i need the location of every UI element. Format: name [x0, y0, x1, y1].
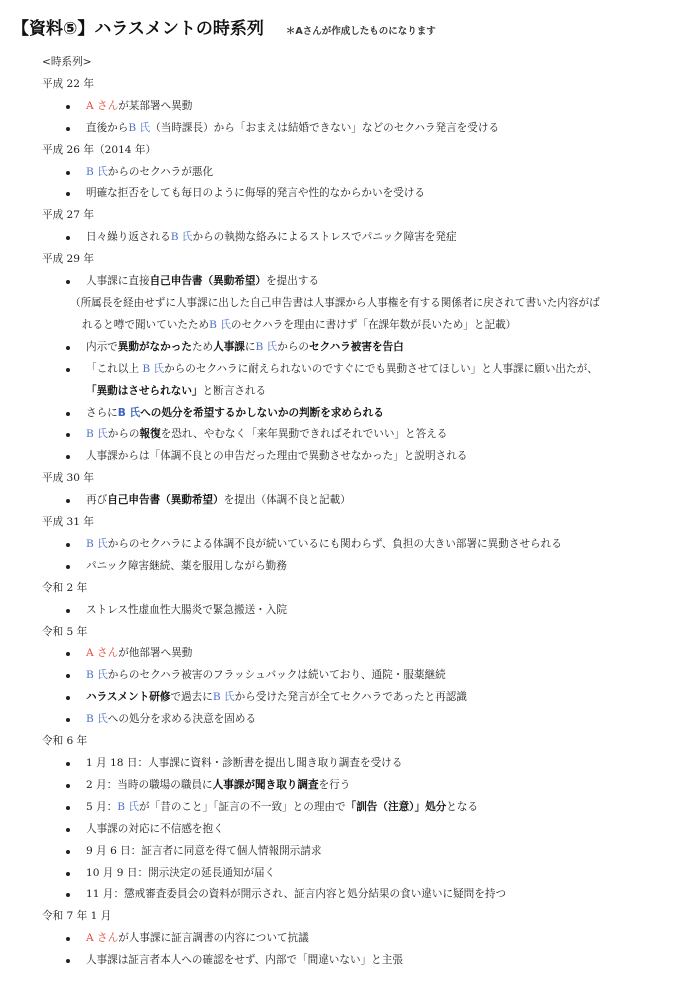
emphasis-text: ハラスメント研修	[86, 691, 170, 703]
text-run: への処分を求める決意を固める	[108, 713, 256, 725]
text-run: 日々繰り返される	[86, 231, 171, 243]
text-run: が人事課に証言調書の内容について抗議	[118, 932, 308, 944]
emphasis-text: 報復	[140, 428, 161, 440]
text-run: 人事課は証言者本人への確認をせず、内部で「間違いない」と主張	[86, 954, 403, 966]
person-b-name: B 氏	[213, 691, 235, 703]
text-run: さらに	[86, 407, 118, 419]
text-run: （所属長を経由せずに人事課に出した自己申告書は人事課から人事権を有する関係者に戻…	[70, 297, 600, 309]
period-heading: 令和 5 年	[42, 622, 692, 644]
text-run: 明確な拒否をしても毎日のように侮辱的発言や性的なからかいを受ける	[86, 187, 425, 199]
person-b-name: B 氏	[117, 801, 139, 813]
timeline-bullet-item: 明確な拒否をしても毎日のように侮辱的発言や性的なからかいを受ける	[42, 183, 692, 205]
text-run: と断言される	[203, 385, 267, 397]
text-run: からの	[277, 341, 309, 353]
text-run: となる	[446, 801, 478, 813]
period-heading: 平成 29 年	[42, 249, 692, 271]
person-a-name: A さん	[86, 932, 118, 944]
text-run: 内示で	[86, 341, 118, 353]
text-run: 人事課からは「体調不良との申告だった理由で異動させなかった」と説明される	[86, 450, 467, 462]
person-a-name: A さん	[86, 647, 118, 659]
timeline-bullet-item: 人事課からは「体調不良との申告だった理由で異動させなかった」と説明される	[42, 446, 692, 468]
timeline-bullet-item: A さんが他部署へ異動	[42, 643, 692, 665]
timeline-bullet-item: 9 月 6 日：証言者に同意を得て個人情報開示請求	[42, 841, 692, 863]
timeline-bullet-item: ハラスメント研修で過去にB 氏から受けた発言が全てセクハラであったと再認識	[42, 687, 692, 709]
period-heading: 令和 7 年 1 月	[42, 906, 692, 928]
document-title: 【資料⑤】ハラスメントの時系列	[12, 14, 264, 39]
emphasis-text: セクハラ被害を告白	[309, 341, 404, 353]
timeline-heading: <時系列>	[42, 52, 692, 74]
timeline-bullet-item: B 氏からのセクハラが悪化	[42, 162, 692, 184]
timeline-bullet-item: 1 月 18 日：人事課に資料・診断書を提出し聞き取り調査を受ける	[42, 753, 692, 775]
timeline: <時系列> 平成 22 年A さんが某部署へ異動直後からB 氏（当時課長）から「…	[42, 52, 692, 972]
text-run: が他部署へ異動	[118, 647, 192, 659]
text-run: からのセクハラ被害のフラッシュバックは続いており、通院・服薬継続	[108, 669, 446, 681]
text-run: を提出する	[266, 275, 319, 287]
timeline-bullet-item: A さんが人事課に証言調書の内容について抗議	[42, 928, 692, 950]
timeline-bullet-item: 内示で異動がなかったため人事課にB 氏からのセクハラ被害を告白	[42, 337, 692, 359]
emphasis-text: 異動がなかった	[118, 341, 192, 353]
timeline-bullet-item: 日々繰り返されるB 氏からの執拗な絡みによるストレスでパニック障害を発症	[42, 227, 692, 249]
text-run: からの	[108, 428, 140, 440]
timeline-bullet-item: B 氏からの報復を恐れ、やむなく「来年異動できればそれでいい」と答える	[42, 424, 692, 446]
text-run: パニック障害継続、薬を服用しながら勤務	[86, 560, 287, 572]
text-run: からのセクハラに耐えられないのですぐにでも異動させてほしい」と人事課に願い出たが…	[164, 363, 598, 375]
timeline-bullet-item: 人事課は証言者本人への確認をせず、内部で「間違いない」と主張	[42, 950, 692, 972]
timeline-bullet-item: 再び自己申告書（異動希望）を提出（体調不良と記載）	[42, 490, 692, 512]
text-run: からの執拗な絡みによるストレスでパニック障害を発症	[193, 231, 457, 243]
period-heading: 平成 31 年	[42, 512, 692, 534]
emphasis-text: 自己申告書（異動希望）	[150, 275, 267, 287]
timeline-note-line: （所属長を経由せずに人事課に出した自己申告書は人事課から人事権を有する関係者に戻…	[42, 293, 692, 315]
timeline-bullet-item: 人事課の対応に不信感を抱く	[42, 819, 692, 841]
text-run: 「これ以上	[86, 363, 142, 375]
timeline-bullet-item: パニック障害継続、薬を服用しながら勤務	[42, 556, 692, 578]
emphasis-text: 「異動はさせられない」	[86, 385, 203, 397]
period-heading: 平成 27 年	[42, 205, 692, 227]
period-heading: 平成 22 年	[42, 74, 692, 96]
text-run: のセクハラを理由に書けず「在課年数が長いため」と記載）	[231, 319, 516, 331]
timeline-bullet-item: 2 月：当時の職場の職員に人事課が聞き取り調査を行う	[42, 775, 692, 797]
text-run: からのセクハラによる体調不良が続いているにも関わらず、負担の大きい部署に異動させ…	[108, 538, 562, 550]
document-subtitle: ＊Aさんが作成したものになります	[286, 23, 436, 37]
person-b-name: B 氏	[118, 407, 140, 419]
timeline-note-line: れると噂で聞いていたためB 氏のセクハラを理由に書けず「在課年数が長いため」と記…	[42, 315, 692, 337]
timeline-bullet-item: 11 月：懲戒審査委員会の資料が開示され、証言内容と処分結果の食い違いに疑問を持…	[42, 884, 692, 906]
text-run: からのセクハラが悪化	[108, 166, 213, 178]
person-b-name: B 氏	[128, 122, 150, 134]
text-run: で過去に	[170, 691, 212, 703]
text-run: 直後から	[86, 122, 128, 134]
emphasis-text: 「訓告（注意）」処分	[346, 801, 447, 813]
text-run: が「昔のこと」「証言の不一致」との理由で	[139, 801, 346, 813]
timeline-bullet-item: B 氏からのセクハラ被害のフラッシュバックは続いており、通院・服薬継続	[42, 665, 692, 687]
text-run: れると噂で聞いていたため	[82, 319, 209, 331]
person-b-name: B 氏	[256, 341, 278, 353]
document-header: 【資料⑤】ハラスメントの時系列 ＊Aさんが作成したものになります	[12, 14, 436, 39]
timeline-bullet-item: 「これ以上 B 氏からのセクハラに耐えられないのですぐにでも異動させてほしい」と…	[42, 359, 692, 381]
person-b-name: B 氏	[86, 538, 108, 550]
person-b-name: B 氏	[86, 166, 108, 178]
timeline-bullet-continuation: 「異動はさせられない」と断言される	[42, 381, 692, 403]
emphasis-text: への処分を希望するかしないかの判断を求められる	[140, 407, 384, 419]
text-run: 再び	[86, 494, 107, 506]
text-run: （当時課長）から「おまえは結婚できない」などのセクハラ発言を受ける	[150, 122, 499, 134]
text-run: 9 月 6 日：証言者に同意を得て個人情報開示請求	[86, 845, 321, 857]
emphasis-text: 自己申告書（異動希望）	[107, 494, 224, 506]
text-run: 5 月：	[86, 801, 117, 813]
text-run: を行う	[319, 779, 351, 791]
text-run: 1 月 18 日：人事課に資料・診断書を提出し聞き取り調査を受ける	[86, 757, 402, 769]
period-heading: 平成 30 年	[42, 468, 692, 490]
timeline-bullet-item: ストレス性虚血性大腸炎で緊急搬送・入院	[42, 600, 692, 622]
person-b-name: B 氏	[86, 428, 108, 440]
text-run: 2 月：当時の職場の職員に	[86, 779, 213, 791]
person-b-name: B 氏	[209, 319, 231, 331]
text-run: を提出（体調不良と記載）	[224, 494, 351, 506]
text-run: ため	[192, 341, 213, 353]
timeline-bullet-item: さらにB 氏への処分を希望するかしないかの判断を求められる	[42, 403, 692, 425]
text-run: に	[245, 341, 256, 353]
timeline-bullet-item: 直後からB 氏（当時課長）から「おまえは結婚できない」などのセクハラ発言を受ける	[42, 118, 692, 140]
person-a-name: A さん	[86, 100, 118, 112]
text-run: 人事課に直接	[86, 275, 150, 287]
period-heading: 令和 6 年	[42, 731, 692, 753]
text-run: 10 月 9 日：開示決定の延長通知が届く	[86, 867, 275, 879]
timeline-bullet-item: 人事課に直接自己申告書（異動希望）を提出する	[42, 271, 692, 293]
text-run: から受けた発言が全てセクハラであったと再認識	[235, 691, 467, 703]
timeline-bullet-item: A さんが某部署へ異動	[42, 96, 692, 118]
text-run: ストレス性虚血性大腸炎で緊急搬送・入院	[86, 604, 287, 616]
timeline-bullet-item: 5 月：B 氏が「昔のこと」「証言の不一致」との理由で「訓告（注意）」処分となる	[42, 797, 692, 819]
person-b-name: B 氏	[171, 231, 193, 243]
emphasis-text: 人事課	[213, 341, 245, 353]
timeline-bullet-item: B 氏からのセクハラによる体調不良が続いているにも関わらず、負担の大きい部署に異…	[42, 534, 692, 556]
timeline-bullet-item: 10 月 9 日：開示決定の延長通知が届く	[42, 863, 692, 885]
text-run: 11 月：懲戒審査委員会の資料が開示され、証言内容と処分結果の食い違いに疑問を持…	[86, 888, 506, 900]
person-b-name: B 氏	[86, 669, 108, 681]
period-heading: 令和 2 年	[42, 578, 692, 600]
timeline-bullet-item: B 氏への処分を求める決意を固める	[42, 709, 692, 731]
text-run: が某部署へ異動	[118, 100, 192, 112]
timeline-sections: 平成 22 年A さんが某部署へ異動直後からB 氏（当時課長）から「おまえは結婚…	[42, 74, 692, 972]
person-b-name: B 氏	[142, 363, 164, 375]
period-heading: 平成 26 年（2014 年）	[42, 140, 692, 162]
text-run: 人事課の対応に不信感を抱く	[86, 823, 224, 835]
text-run: を恐れ、やむなく「来年異動できればそれでいい」と答える	[161, 428, 448, 440]
emphasis-text: 人事課が聞き取り調査	[213, 779, 319, 791]
person-b-name: B 氏	[86, 713, 108, 725]
